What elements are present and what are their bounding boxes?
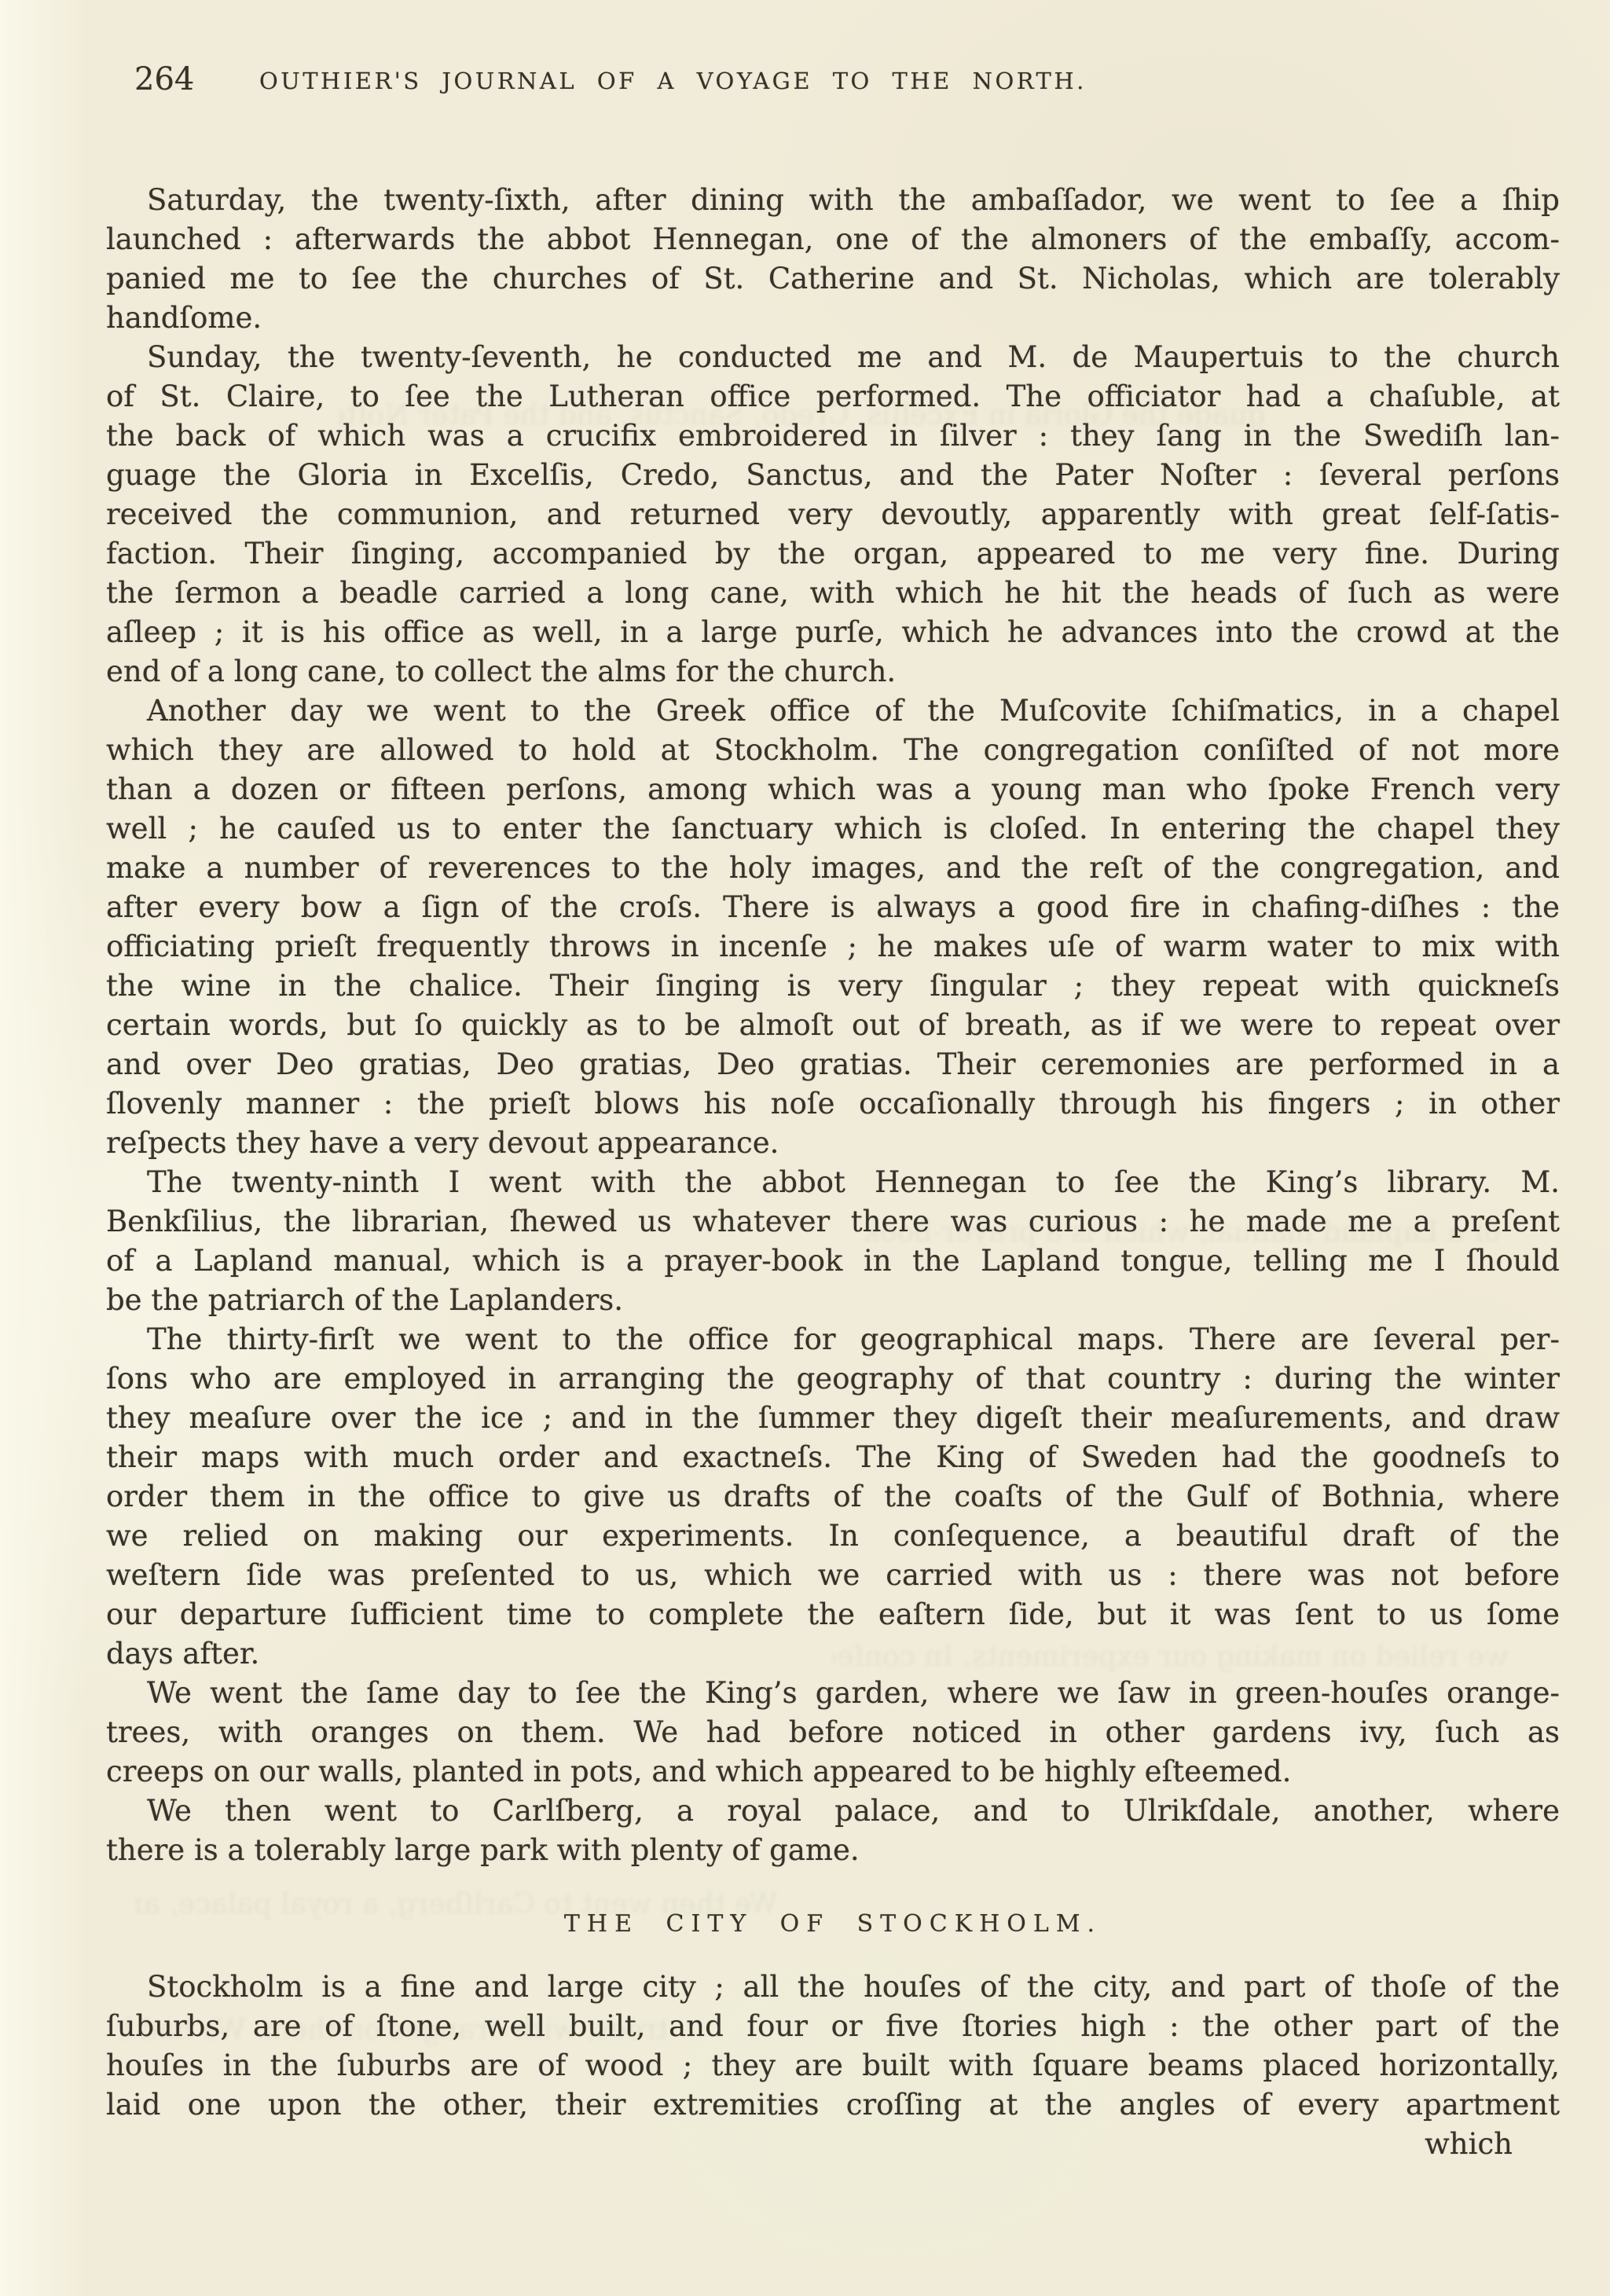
text-line: their maps with much order and exactneſs… — [106, 1438, 1560, 1477]
text-line: well ; he cauſed us to enter the ſanctua… — [106, 809, 1560, 849]
running-title: OUTHIER'S JOURNAL OF A VOYAGE TO THE NOR… — [259, 68, 1087, 94]
text-line: Stockholm is a fine and large city ; all… — [106, 1968, 1560, 2007]
text-line: We went the ſame day to ſee the King’s g… — [106, 1674, 1560, 1713]
text-line: trees, with oranges on them. We had befo… — [106, 1713, 1560, 1752]
text-line: the ſermon a beadle carried a long cane,… — [106, 574, 1560, 613]
text-line: of St. Claire, to ſee the Lutheran offic… — [106, 377, 1560, 416]
text-line: received the communion, and returned ver… — [106, 495, 1560, 534]
text-line: than a dozen or fifteen perſons, among w… — [106, 770, 1560, 809]
text-line: there is a tolerably large park with ple… — [106, 1831, 1560, 1870]
text-line: We then went to Carlſberg, a royal palac… — [106, 1792, 1560, 1831]
text-line: they meaſure over the ice ; and in the ſ… — [106, 1399, 1560, 1438]
text-line: handſome. — [106, 299, 1560, 338]
paragraph: The thirty-firſt we went to the office f… — [106, 1320, 1560, 1674]
text-line: guage the Gloria in Excelſis, Credo, San… — [106, 456, 1560, 495]
text-line: days after. — [106, 1634, 1560, 1674]
text-line: Another day we went to the Greek office … — [106, 691, 1560, 731]
text-line: creeps on our walls, planted in pots, an… — [106, 1752, 1560, 1792]
text-line: houſes in the ſuburbs are of wood ; they… — [106, 2046, 1560, 2085]
section-heading: THE CITY OF STOCKHOLM. — [106, 1905, 1560, 1944]
catchword-row: which — [106, 2125, 1560, 2164]
catchword: which — [1425, 2127, 1513, 2161]
text-line: ſons who are employed in arranging the g… — [106, 1359, 1560, 1399]
paragraph: We went the ſame day to ſee the King’s g… — [106, 1674, 1560, 1792]
text-line: our departure ſufficient time to complet… — [106, 1595, 1560, 1634]
text-line: Sunday, the twenty-ſeventh, he conducted… — [106, 338, 1560, 377]
text-line: officiating prieſt frequently throws in … — [106, 927, 1560, 966]
text-line: make a number of reverences to the holy … — [106, 849, 1560, 888]
text-line: which they are allowed to hold at Stockh… — [106, 731, 1560, 770]
page-body: Saturday, the twenty-ſixth, after dining… — [106, 181, 1560, 2164]
paragraph: Sunday, the twenty-ſeventh, he conducted… — [106, 338, 1560, 691]
paragraph: Another day we went to the Greek office … — [106, 691, 1560, 1163]
text-line: weſtern ſide was preſented to us, which … — [106, 1556, 1560, 1595]
text-line: The twenty-ninth I went with the abbot H… — [106, 1163, 1560, 1202]
page-number: 264 — [134, 61, 194, 97]
text-line: we relied on making our experiments. In … — [106, 1517, 1560, 1556]
paragraph: Saturday, the twenty-ſixth, after dining… — [106, 181, 1560, 338]
text-line: Benkſilius, the librarian, ſhewed us wha… — [106, 1202, 1560, 1242]
text-line: the back of which was a crucifix embroid… — [106, 416, 1560, 456]
text-line: The thirty-firſt we went to the office f… — [106, 1320, 1560, 1359]
text-line: launched : afterwards the abbot Hennegan… — [106, 220, 1560, 259]
paragraph: The twenty-ninth I went with the abbot H… — [106, 1163, 1560, 1320]
text-line: certain words, but ſo quickly as to be a… — [106, 1006, 1560, 1045]
text-line: laid one upon the other, their extremiti… — [106, 2085, 1560, 2125]
text-line: of a Lapland manual, which is a prayer-b… — [106, 1242, 1560, 1281]
text-line: and over Deo gratias, Deo gratias, Deo g… — [106, 1045, 1560, 1084]
text-line: ſuburbs, are of ſtone, well built, and f… — [106, 2007, 1560, 2046]
text-line: the wine in the chalice. Their ſinging i… — [106, 966, 1560, 1006]
text-line: panied me to ſee the churches of St. Cat… — [106, 259, 1560, 299]
text-line: reſpects they have a very devout appeara… — [106, 1124, 1560, 1163]
paragraph: We then went to Carlſberg, a royal palac… — [106, 1792, 1560, 1870]
book-page: guage the Gloria in Excelſis, Credo, San… — [0, 0, 1610, 2296]
text-line: end of a long cane, to collect the alms … — [106, 652, 1560, 691]
text-line: ſlovenly manner : the prieſt blows his n… — [106, 1084, 1560, 1124]
text-line: after every bow a ſign of the croſs. The… — [106, 888, 1560, 927]
text-line: faction. Their ſinging, accompanied by t… — [106, 534, 1560, 574]
text-line: Saturday, the twenty-ſixth, after dining… — [106, 181, 1560, 220]
text-line: be the patriarch of the Laplanders. — [106, 1281, 1560, 1320]
text-line: order them in the office to give us draf… — [106, 1477, 1560, 1517]
paragraph: Stockholm is a fine and large city ; all… — [106, 1968, 1560, 2125]
text-line: aſleep ; it is his office as well, in a … — [106, 613, 1560, 652]
